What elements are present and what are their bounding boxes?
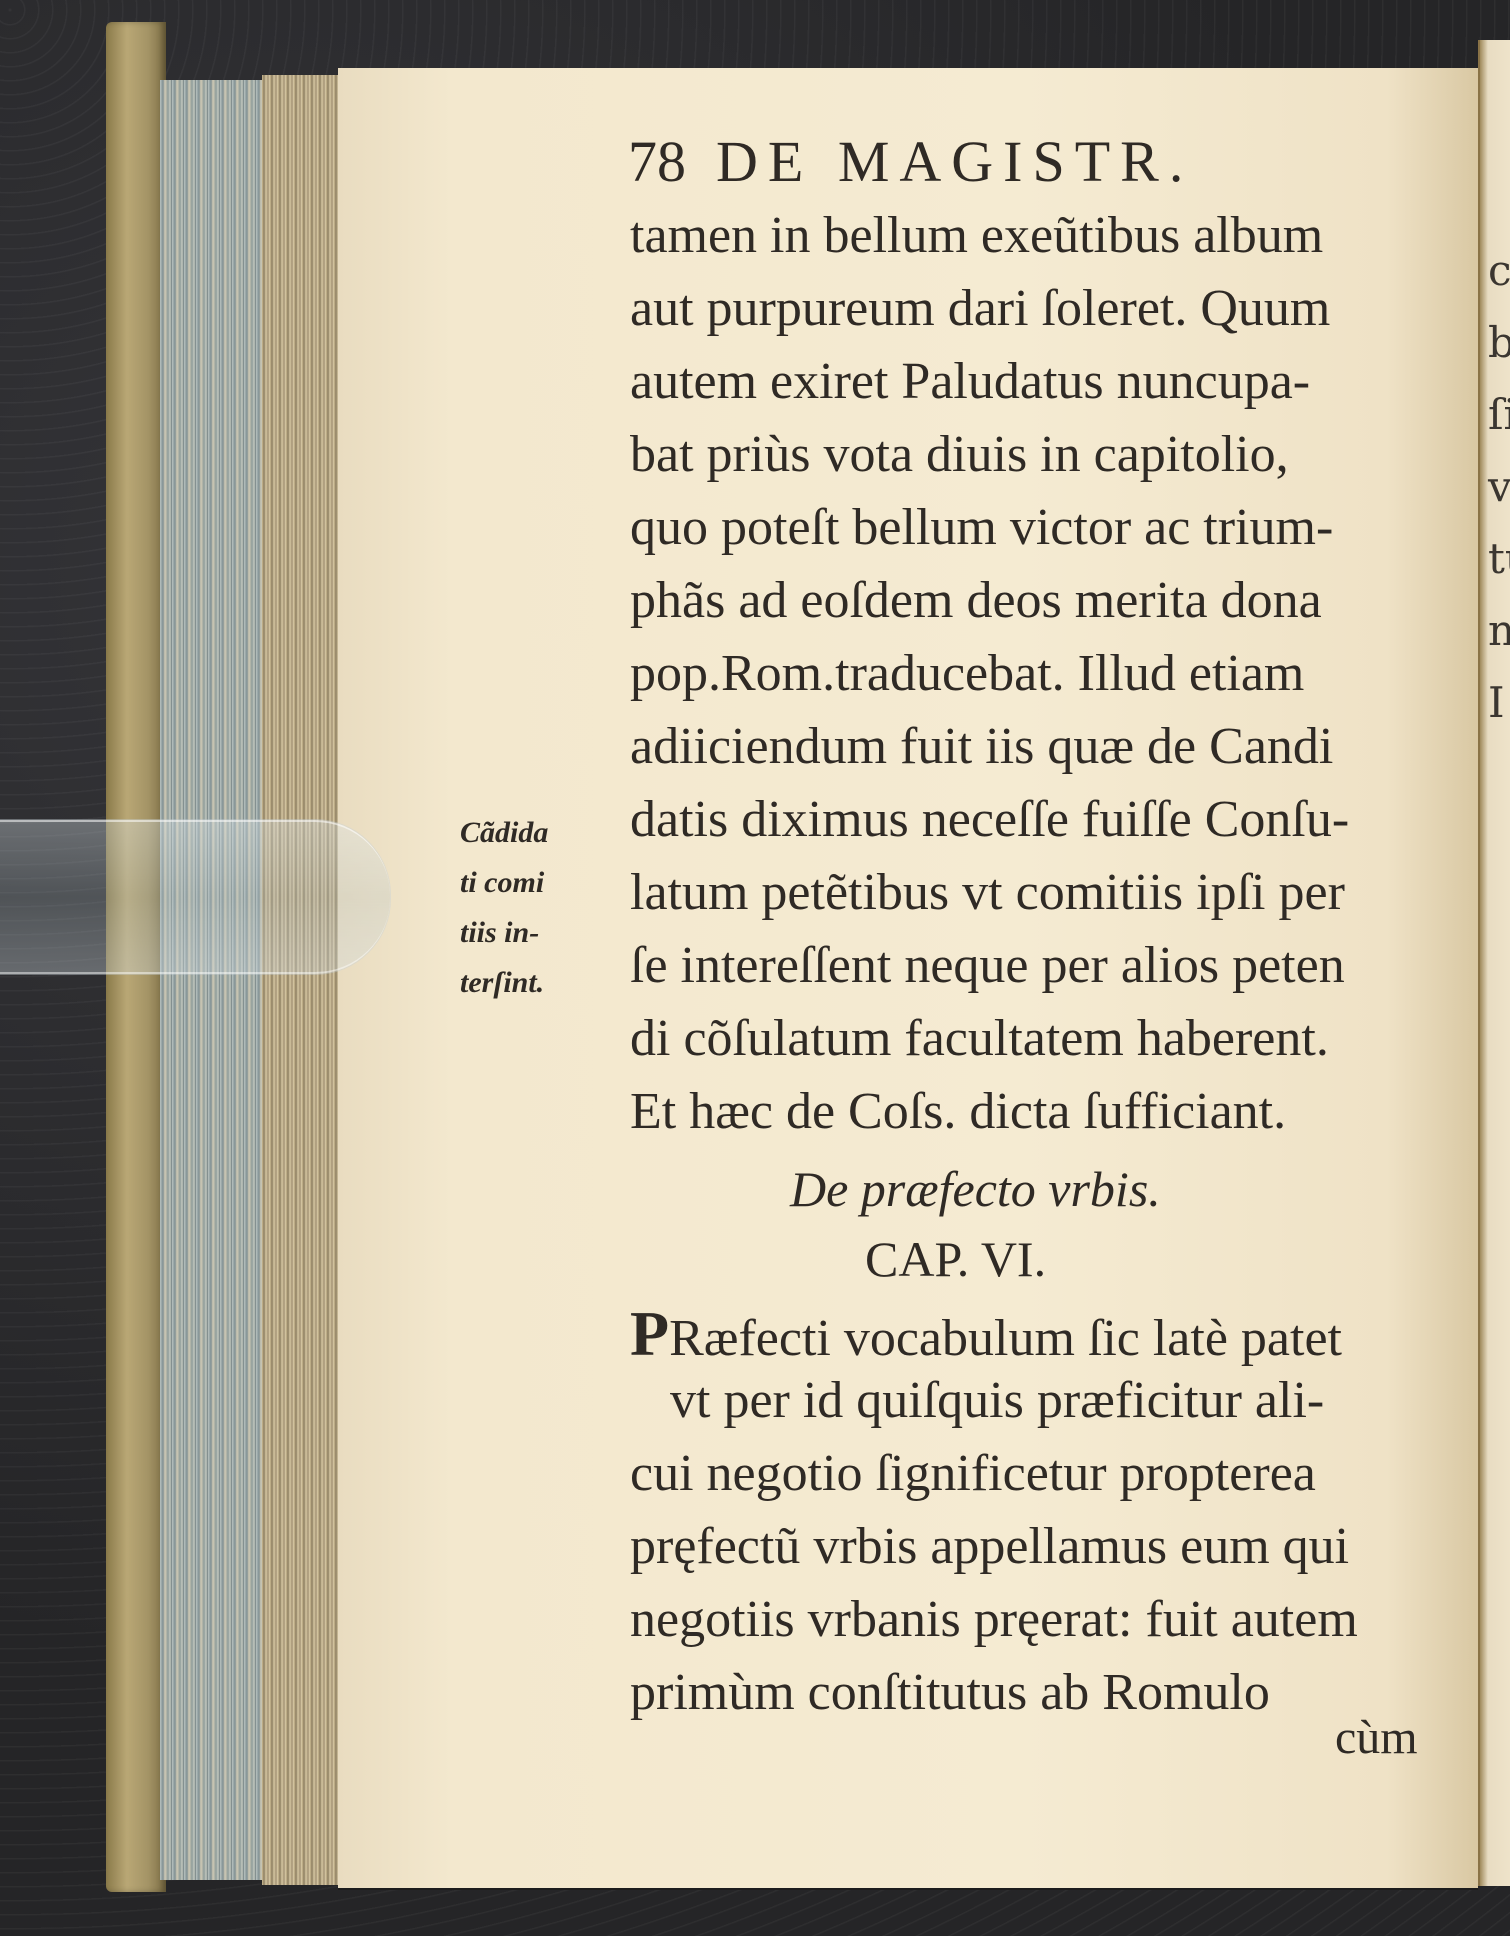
text-line: aut purpureum dari ſoleret. Quum <box>630 283 1330 335</box>
facing-fragment: vi <box>1488 466 1510 508</box>
facing-fragment: I <box>1488 682 1505 724</box>
margin-note-line: tiis in- <box>460 908 600 958</box>
text-line: cui negotio ſignificetur propterea <box>630 1448 1316 1500</box>
section-title: De præfecto vrbis. <box>790 1160 1161 1218</box>
facing-fragment: be <box>1488 322 1510 364</box>
margin-note-line: terſint. <box>460 958 600 1008</box>
text-line: Et hæc de Coſs. dicta ſufficiant. <box>630 1086 1286 1138</box>
text-line: tamen in bellum exeũtibus album <box>630 210 1323 262</box>
text-span: Ræfecti vocabulum ſic latè patet <box>669 1310 1342 1367</box>
text-line-first: PRæfecti vocabulum ſic latè patet <box>630 1302 1342 1366</box>
facing-fragment: n <box>1488 610 1510 652</box>
text-line: pop.Rom.traducebat. Illud etiam <box>630 648 1304 700</box>
catchword: cùm <box>1335 1710 1418 1765</box>
text-line: ſe intereſſent neque per alios peten <box>630 940 1345 992</box>
text-line: pręfectũ vrbis appellamus eum qui <box>630 1521 1349 1573</box>
drop-cap: P <box>630 1298 669 1369</box>
facing-fragment: ſi <box>1488 394 1510 436</box>
page-edges-warm <box>262 75 342 1885</box>
page-number: 78 <box>628 129 686 194</box>
running-head: 78DE MAGISTR. <box>628 128 1193 195</box>
text-line: phãs ad eoſdem deos merita dona <box>630 575 1322 627</box>
text-line: negotiis vrbanis pręerat: fuit autem <box>630 1594 1358 1646</box>
margin-note-line: Cãdida <box>460 808 600 858</box>
text-line: latum petẽtibus vt comitiis ipſi per <box>630 867 1345 919</box>
text-line: autem exiret Paludatus nuncupa- <box>630 356 1310 408</box>
text-line: datis diximus neceſſe fuiſſe Conſu- <box>630 794 1349 846</box>
text-line: quo poteſt bellum victor ac trium- <box>630 502 1333 554</box>
running-head-title: DE MAGISTR. <box>716 129 1193 194</box>
text-line: vt per id quiſquis præficitur ali- <box>670 1375 1324 1427</box>
margin-note-line: ti comi <box>460 858 600 908</box>
text-line: adiiciendum fuit iis quæ de Candi <box>630 721 1333 773</box>
facing-page: cù be ſi vi tu n I <box>1478 40 1510 1886</box>
text-line: bat priùs vota diuis in capitolio, <box>630 429 1289 481</box>
facing-fragment: tu <box>1488 538 1510 580</box>
text-line: primùm conſtitutus ab Romulo <box>630 1667 1270 1719</box>
margin-note: Cãdida ti comi tiis in- terſint. <box>460 808 600 1008</box>
facing-fragment: cù <box>1488 250 1510 292</box>
acrylic-page-holder <box>0 820 390 974</box>
text-line: di cõſulatum facultatem haberent. <box>630 1013 1329 1065</box>
chapter-heading: CAP. VI. <box>865 1230 1046 1288</box>
